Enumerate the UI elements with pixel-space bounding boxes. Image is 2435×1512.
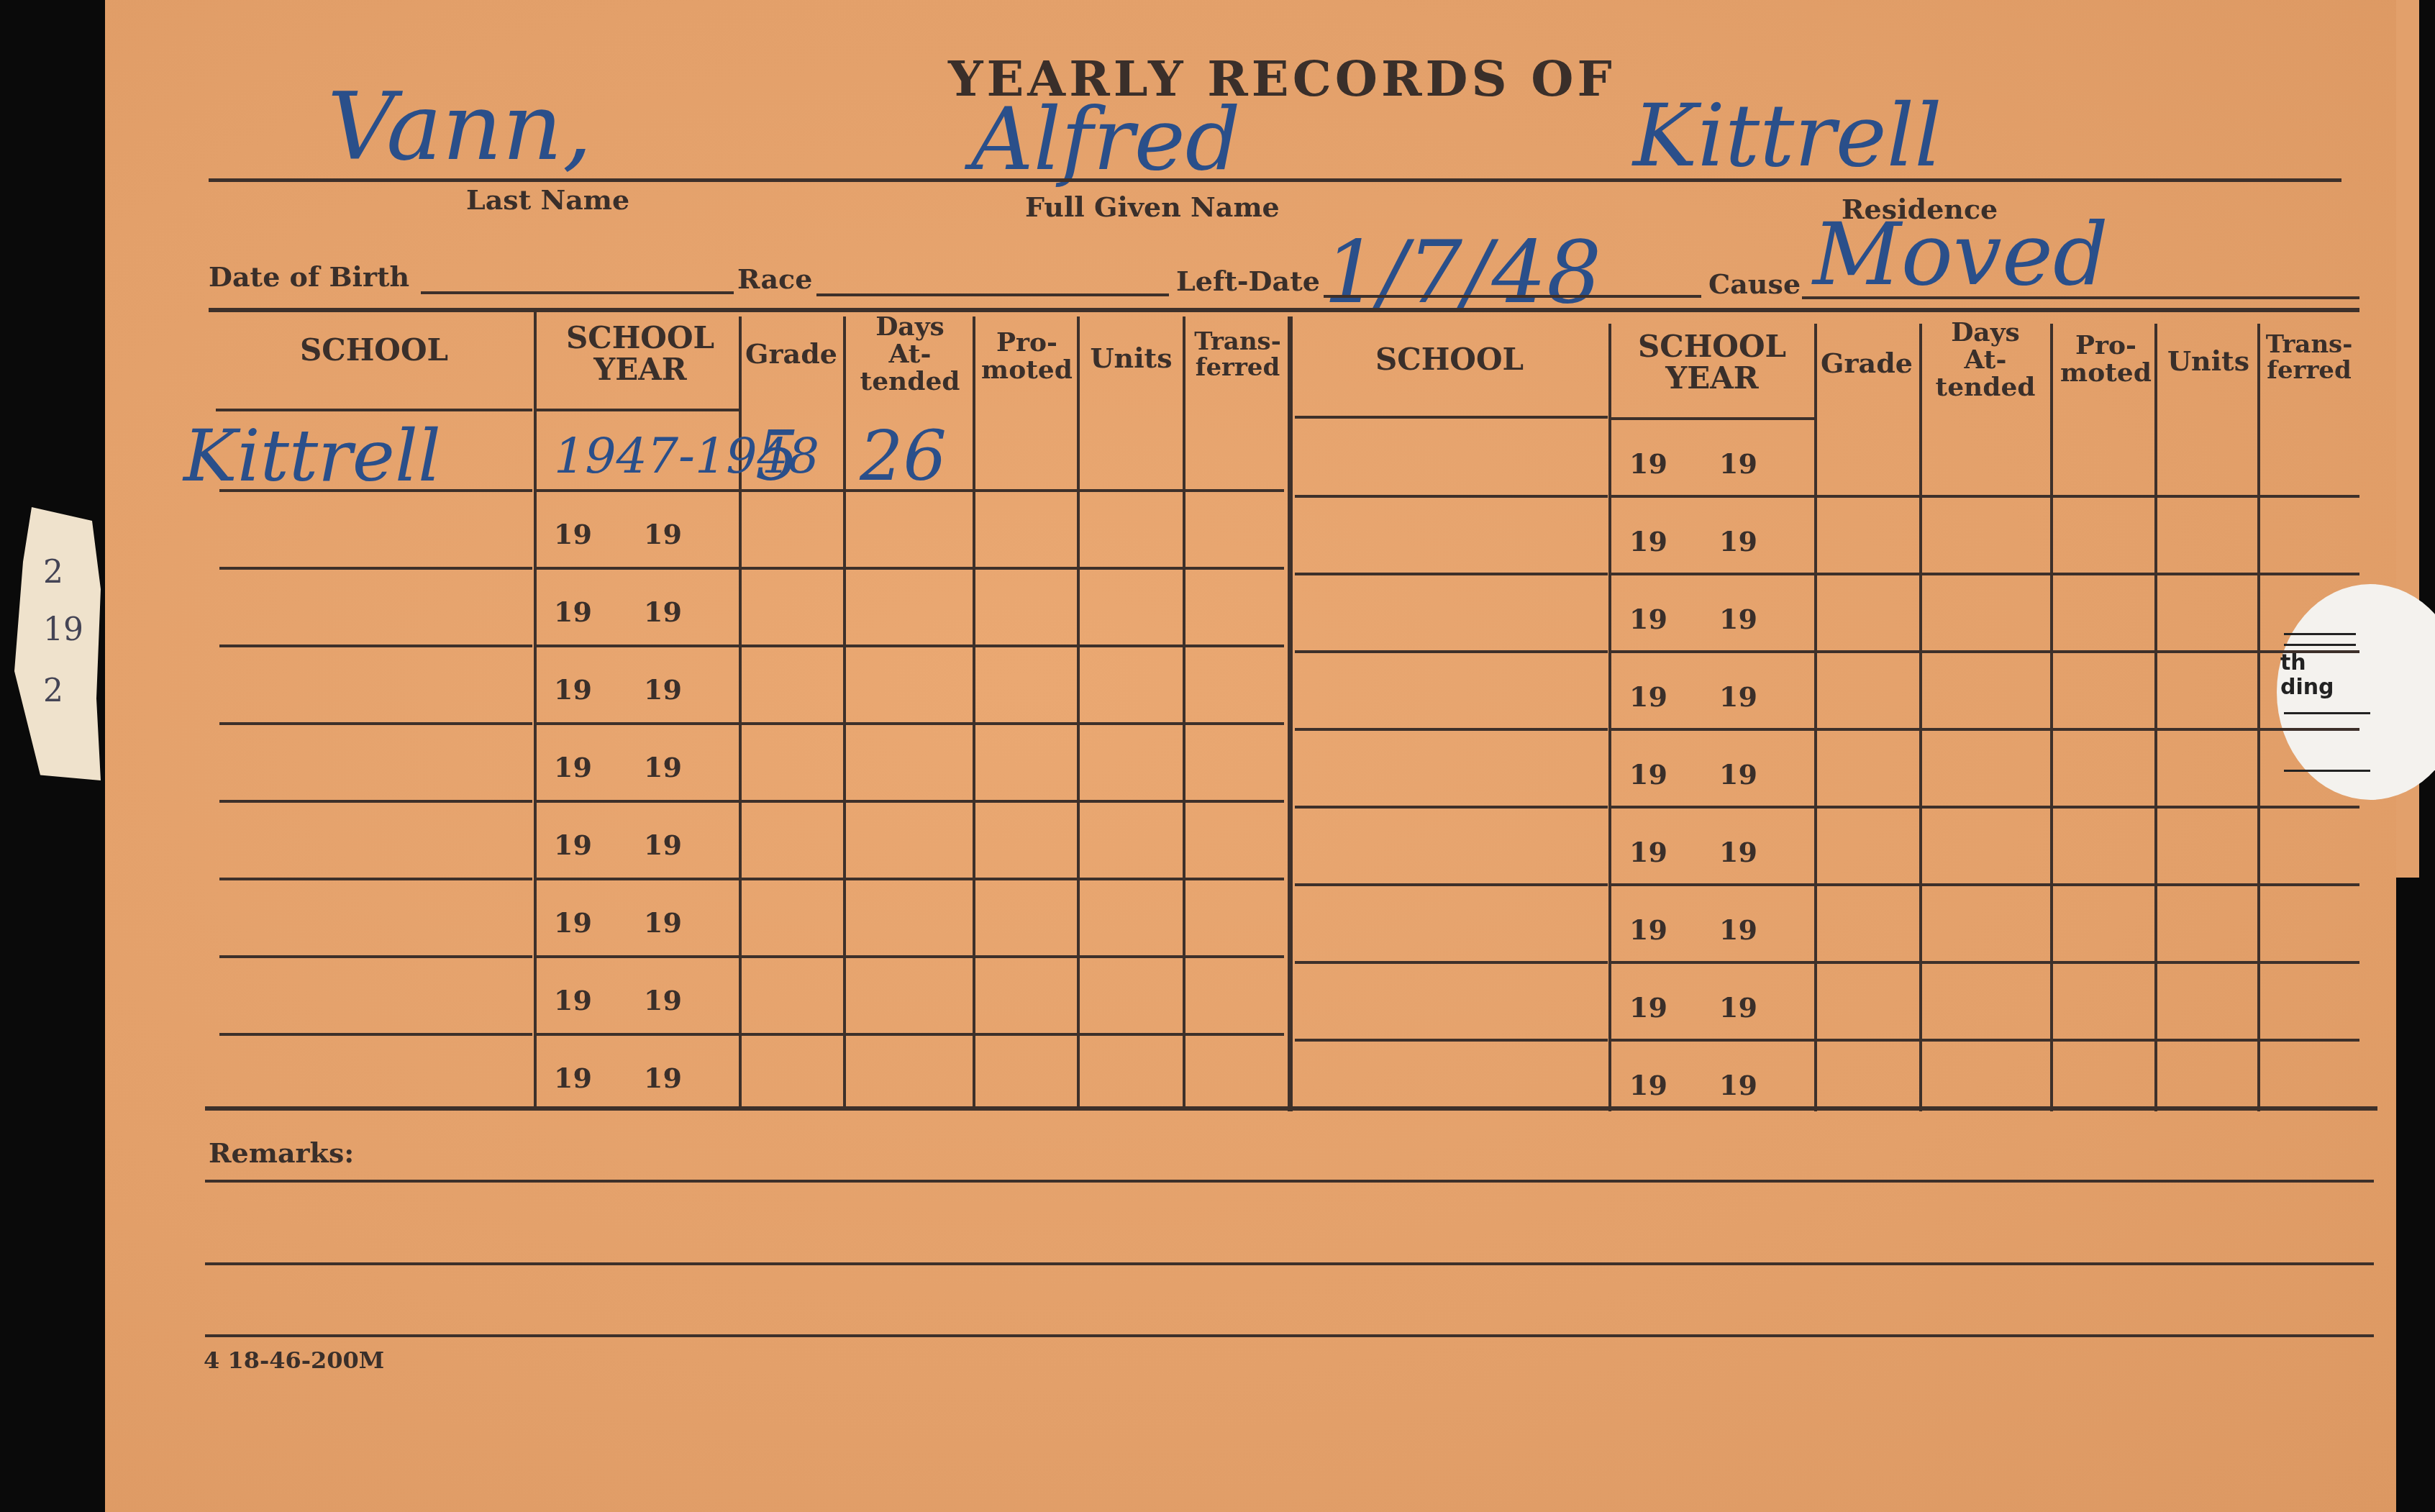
year-start-label: 19	[554, 906, 592, 939]
col-header-days-attended: DaysAt-tended	[845, 314, 975, 395]
row-separator	[219, 645, 532, 647]
row-separator	[1295, 650, 1608, 653]
year-start-label: 19	[554, 984, 592, 1016]
row-separator	[219, 800, 532, 803]
header-separator	[216, 409, 532, 411]
row-separator	[219, 1033, 532, 1036]
remarks-line	[205, 1334, 2374, 1337]
header-separator	[1611, 417, 1814, 420]
col-divider	[1919, 324, 1922, 1111]
cause-line	[1802, 296, 2359, 299]
row-separator	[1611, 961, 1814, 964]
row-separator	[1295, 961, 1608, 964]
year-start-label: 19	[1629, 914, 1667, 946]
row-separator	[741, 722, 1284, 725]
row-separator	[536, 1033, 739, 1036]
row-separator	[741, 567, 1284, 570]
header-separator	[1295, 416, 1608, 419]
notch-text: thding	[2280, 651, 2334, 700]
row-separator	[1295, 495, 1608, 498]
year-end-label: 19	[1719, 914, 1757, 946]
dob-line	[421, 291, 734, 294]
col-header-grade: Grade	[1816, 349, 1917, 378]
row-separator	[1295, 806, 1608, 809]
col-divider	[1608, 324, 1611, 1111]
row-separator	[1816, 650, 2359, 653]
row-separator	[536, 567, 739, 570]
row-separator	[1611, 728, 1814, 731]
race-label: Race	[737, 263, 812, 295]
col-divider	[843, 316, 846, 1108]
col-header-units: Units	[2158, 347, 2259, 375]
cause-label: Cause	[1708, 268, 1801, 300]
year-end-label: 19	[1719, 525, 1757, 557]
row-separator	[741, 955, 1284, 958]
row-separator	[1295, 728, 1608, 731]
residence-value: Kittrell	[1633, 86, 1942, 186]
last-name-label: Last Name	[466, 183, 629, 216]
col-header-promoted: Pro-moted	[2054, 332, 2158, 387]
year-start-label: 19	[554, 751, 592, 783]
row-separator	[1611, 1039, 1814, 1042]
year-end-label: 19	[1719, 603, 1757, 635]
header-separator	[536, 409, 739, 411]
name-underline	[209, 178, 2341, 182]
torn-scrap-text: 2	[43, 554, 63, 591]
col-header-transferred: Trans-ferred	[2259, 332, 2359, 383]
row-separator	[536, 645, 739, 647]
row-separator	[1816, 961, 2359, 964]
year-end-label: 19	[1719, 758, 1757, 791]
year-end-label: 19	[1719, 680, 1757, 713]
row-separator	[1611, 650, 1814, 653]
year-start-label: 19	[1629, 991, 1667, 1024]
remarks-line	[205, 1262, 2374, 1265]
row-separator	[741, 800, 1284, 803]
row-separator	[1816, 495, 2359, 498]
year-start-label: 19	[1629, 758, 1667, 791]
year-start-label: 19	[1629, 680, 1667, 713]
left-date-label: Left-Date	[1176, 265, 1320, 297]
year-start-label: 19	[554, 518, 592, 550]
year-end-label: 19	[644, 518, 682, 550]
given-name-value: Alfred	[971, 90, 1241, 190]
row-separator	[536, 722, 739, 725]
remarks-label: Remarks:	[209, 1137, 354, 1169]
row-separator	[1611, 883, 1814, 886]
row-separator	[1611, 573, 1814, 575]
notch-line	[2284, 770, 2370, 772]
row-separator	[219, 955, 532, 958]
race-line	[816, 293, 1169, 296]
row-separator	[1816, 1039, 2359, 1042]
year-start-label: 19	[554, 596, 592, 628]
row-separator	[1816, 806, 2359, 809]
year-start-label: 19	[1629, 603, 1667, 635]
year-end-label: 19	[644, 596, 682, 628]
year-end-label: 19	[1719, 1069, 1757, 1101]
col-header-days-attended: DaysAt-tended	[1921, 319, 2050, 401]
table-top-border	[209, 308, 2359, 312]
given-name-label: Full Given Name	[1025, 191, 1280, 223]
year-end-label: 19	[1719, 836, 1757, 868]
form-number: 4 18-46-200M	[204, 1347, 384, 1374]
row-separator	[741, 1033, 1284, 1036]
col-divider	[534, 311, 537, 1108]
col-divider	[973, 316, 975, 1108]
col-header-promoted: Pro-moted	[975, 329, 1079, 384]
year-start-label: 19	[1629, 1069, 1667, 1101]
year-start-label: 19	[1629, 836, 1667, 868]
year-end-label: 19	[644, 1062, 682, 1094]
row-separator	[741, 645, 1284, 647]
row1-grade: 5	[755, 417, 798, 496]
row-separator	[1816, 728, 2359, 731]
torn-scrap-text: 19	[43, 611, 83, 648]
row-separator	[536, 955, 739, 958]
year-end-label: 19	[644, 906, 682, 939]
year-start-label: 19	[1629, 525, 1667, 557]
row-separator	[1816, 883, 2359, 886]
year-start-label: 19	[554, 673, 592, 706]
year-start-label: 19	[554, 829, 592, 861]
row-separator	[741, 489, 1284, 492]
row-separator	[1295, 883, 1608, 886]
col-divider	[2257, 324, 2260, 1111]
col-header-school: SCHOOL	[1345, 344, 1554, 375]
col-divider	[1077, 316, 1080, 1108]
torn-scrap-text: 2	[43, 673, 63, 709]
row1-school: Kittrell	[183, 414, 441, 498]
year-start-label: 19	[1629, 447, 1667, 480]
left-date-line	[1324, 295, 1701, 298]
col-header-school: SCHOOL	[273, 334, 475, 366]
year-end-label: 19	[644, 829, 682, 861]
row-separator	[1295, 1039, 1608, 1042]
col-divider	[1183, 316, 1185, 1108]
year-end-label: 19	[644, 673, 682, 706]
row-separator	[219, 878, 532, 880]
col-divider	[2154, 324, 2157, 1111]
year-start-label: 19	[554, 1062, 592, 1094]
col-header-school-year: SCHOOLYEAR	[543, 322, 737, 386]
col-header-units: Units	[1079, 344, 1183, 373]
row-separator	[536, 489, 739, 492]
cause-value: Moved	[1813, 205, 2108, 305]
last-name-value: Vann,	[327, 72, 592, 181]
col-header-grade: Grade	[741, 340, 842, 368]
notch-line	[2284, 712, 2370, 714]
col-divider	[1814, 324, 1817, 1111]
remarks-line	[205, 1180, 2374, 1183]
row1-days-attended: 26	[860, 417, 947, 496]
row-separator	[741, 878, 1284, 880]
notch-line	[2284, 644, 2356, 646]
center-divider	[1288, 316, 1293, 1111]
row-separator	[219, 722, 532, 725]
dob-label: Date of Birth	[209, 260, 409, 293]
row-separator	[1816, 573, 2359, 575]
year-end-label: 19	[1719, 447, 1757, 480]
row-separator	[1611, 495, 1814, 498]
year-end-label: 19	[644, 751, 682, 783]
col-header-school-year: SCHOOLYEAR	[1615, 331, 1809, 394]
row-separator	[219, 567, 532, 570]
year-end-label: 19	[1719, 991, 1757, 1024]
year-end-label: 19	[644, 984, 682, 1016]
col-divider	[2050, 324, 2053, 1111]
row-separator	[1611, 806, 1814, 809]
row-separator	[536, 878, 739, 880]
row-separator	[1295, 573, 1608, 575]
row-separator	[536, 800, 739, 803]
notch-line	[2284, 633, 2356, 635]
col-header-transferred: Trans-ferred	[1185, 329, 1290, 381]
